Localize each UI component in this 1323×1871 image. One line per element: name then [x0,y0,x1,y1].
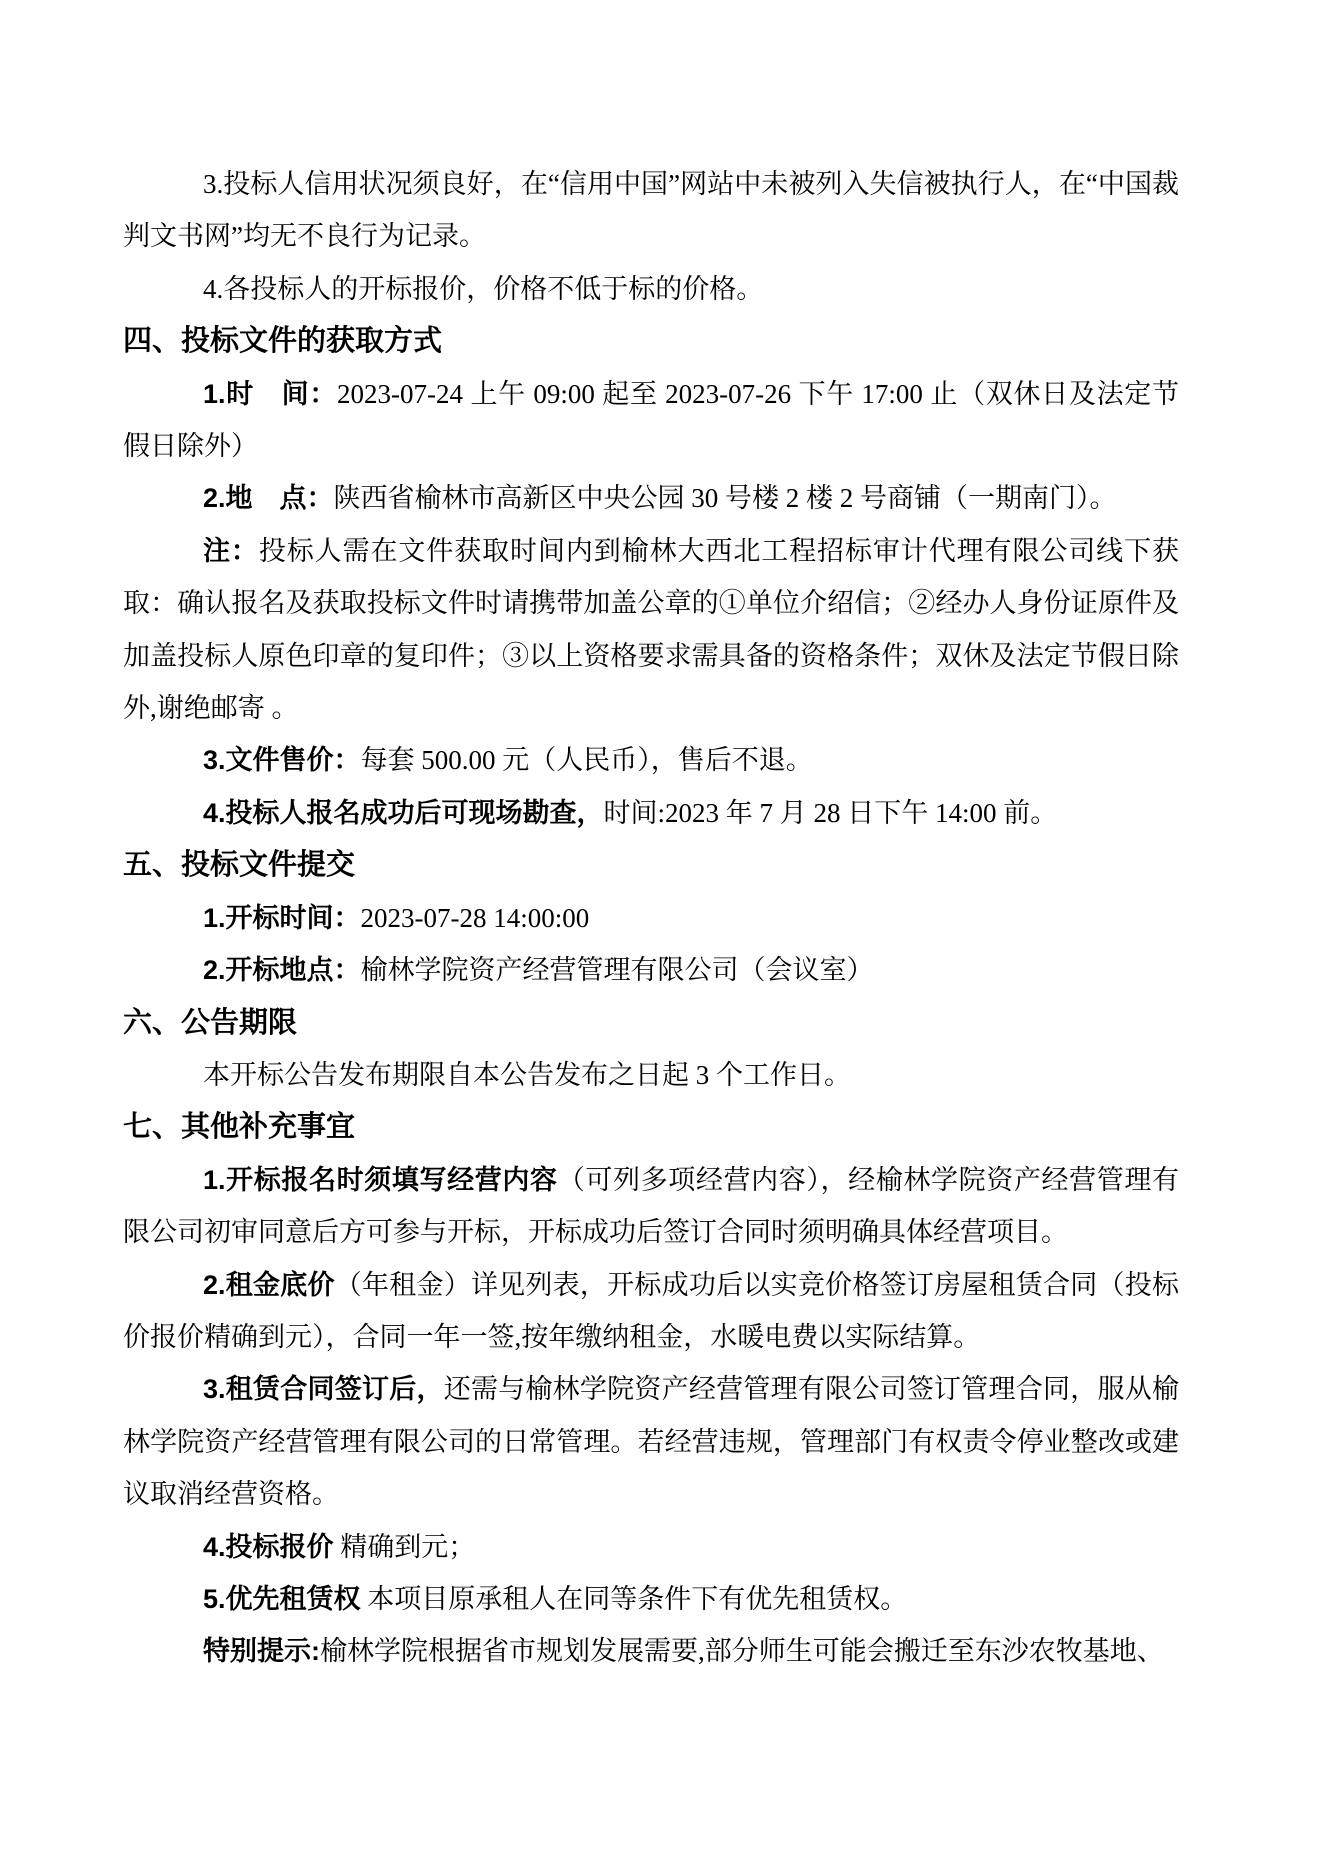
paragraph-text: 每套 500.00 元（人民币），售后不退。 [361,745,813,775]
paragraph-label: 1.开标时间： [203,903,361,933]
paragraph-text: 榆林学院根据省市规划发展需要,部分师生可能会搬迁至东沙农牧基地、 [320,1636,1164,1666]
paragraph-text: 2023-07-28 14:00:00 [361,903,590,933]
paragraph-text: 时间:2023 年 7 月 28 日下午 14:00 前。 [604,798,1058,828]
paragraph-label: 1.开标报名时须填写经营内容 [203,1165,558,1195]
paragraph-label: 4.投标报价 [203,1532,334,1562]
paragraph-obtain-time: 1.时 间：2023-07-24 上午 09:00 起至 2023-07-26 … [123,368,1179,473]
paragraph-text: 4.各投标人的开标报价，价格不低于标的价格。 [203,274,763,304]
paragraph-label: 4.投标人报名成功后可现场勘查， [203,798,604,828]
paragraph-text: 3.投标人信用状况须良好，在“信用中国”网站中未被列入失信被执行人，在“中国裁判… [123,169,1179,251]
section-heading-6: 六、公告期限 [123,997,1179,1049]
paragraph-document-price: 3.文件售价：每套 500.00 元（人民币），售后不退。 [123,734,1179,786]
paragraph-text: 榆林学院资产经营管理有限公司（会议室） [361,955,874,985]
document-page: 3.投标人信用状况须良好，在“信用中国”网站中未被列入失信被执行人，在“中国裁判… [0,0,1323,1871]
paragraph-text: 本开标公告发布期限自本公告发布之日起 3 个工作日。 [203,1060,851,1090]
heading-text: 七、其他补充事宜 [123,1111,355,1143]
section-heading-7: 七、其他补充事宜 [123,1101,1179,1153]
heading-text: 五、投标文件提交 [123,849,355,881]
paragraph-label: 2.开标地点： [203,955,361,985]
paragraph-price-requirement: 4.各投标人的开标报价，价格不低于标的价格。 [123,263,1179,315]
paragraph-text: 精确到元； [334,1532,476,1562]
paragraph-text: 投标人需在文件获取时间内到榆林大西北工程招标审计代理有限公司线下获取：确认报名及… [123,536,1179,723]
paragraph-rent-base-price: 2.租金底价（年租金）详见列表，开标成功后以实竞价格签订房屋租赁合同（投标价报价… [123,1259,1179,1364]
paragraph-site-visit: 4.投标人报名成功后可现场勘查，时间:2023 年 7 月 28 日下午 14:… [123,787,1179,839]
paragraph-credit-requirement: 3.投标人信用状况须良好，在“信用中国”网站中未被列入失信被执行人，在“中国裁判… [123,158,1179,263]
paragraph-announcement-period: 本开标公告发布期限自本公告发布之日起 3 个工作日。 [123,1049,1179,1101]
paragraph-note: 注：投标人需在文件获取时间内到榆林大西北工程招标审计代理有限公司线下获取：确认报… [123,525,1179,735]
document-body: 3.投标人信用状况须良好，在“信用中国”网站中未被列入失信被执行人，在“中国裁判… [123,158,1179,1678]
paragraph-text: 本项目原承租人在同等条件下有优先租赁权。 [361,1584,908,1614]
paragraph-business-content: 1.开标报名时须填写经营内容（可列多项经营内容），经榆林学院资产经营管理有限公司… [123,1154,1179,1259]
section-heading-5: 五、投标文件提交 [123,839,1179,891]
paragraph-open-place: 2.开标地点：榆林学院资产经营管理有限公司（会议室） [123,944,1179,996]
paragraph-label: 注： [203,536,259,566]
paragraph-lease-contract: 3.租赁合同签订后，还需与榆林学院资产经营管理有限公司签订管理合同，服从榆林学院… [123,1363,1179,1520]
paragraph-label: 5.优先租赁权 [203,1584,361,1614]
heading-text: 四、投标文件的获取方式 [123,325,442,357]
paragraph-label: 3.文件售价： [203,745,361,775]
paragraph-priority-lease-right: 5.优先租赁权 本项目原承租人在同等条件下有优先租赁权。 [123,1573,1179,1625]
paragraph-label: 3.租赁合同签订后， [203,1374,444,1404]
paragraph-text: 陕西省榆林市高新区中央公园 30 号楼 2 楼 2 号商铺（一期南门）。 [334,483,1117,513]
paragraph-open-time: 1.开标时间：2023-07-28 14:00:00 [123,892,1179,944]
heading-text: 六、公告期限 [123,1007,297,1039]
paragraph-label: 2.地 点： [203,483,334,513]
paragraph-label: 1.时 间： [203,379,337,409]
paragraph-label: 特别提示: [203,1636,320,1666]
paragraph-obtain-place: 2.地 点：陕西省榆林市高新区中央公园 30 号楼 2 楼 2 号商铺（一期南门… [123,472,1179,524]
paragraph-bid-price: 4.投标报价 精确到元； [123,1521,1179,1573]
paragraph-label: 2.租金底价 [203,1270,335,1300]
paragraph-special-notice: 特别提示:榆林学院根据省市规划发展需要,部分师生可能会搬迁至东沙农牧基地、 [123,1625,1179,1677]
section-heading-4: 四、投标文件的获取方式 [123,315,1179,367]
